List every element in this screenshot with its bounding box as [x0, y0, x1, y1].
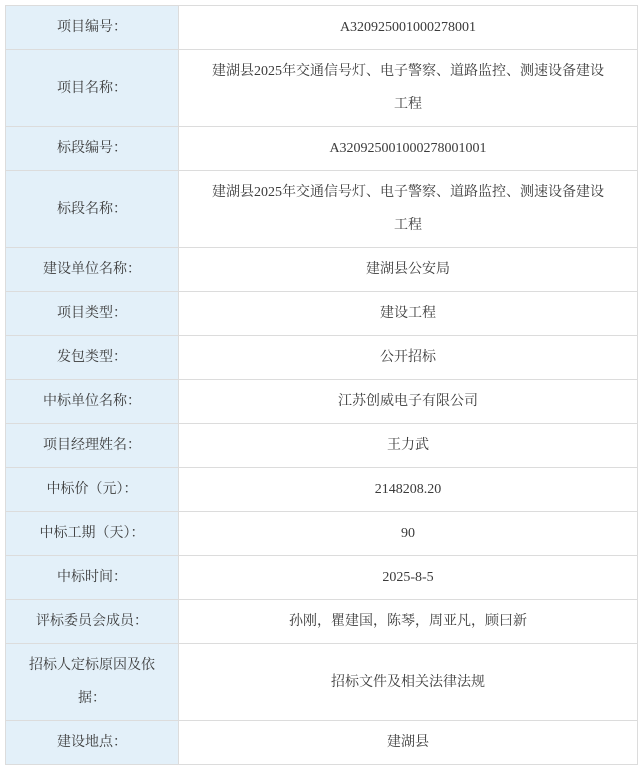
row-project-type: 项目类型： 建设工程: [6, 292, 638, 336]
row-construction-location-value: 建湖县: [179, 721, 638, 765]
row-project-type-value: 建设工程: [179, 292, 638, 336]
row-project-number-label: 项目编号：: [6, 6, 179, 50]
row-section-name-label: 标段名称：: [6, 171, 179, 248]
bid-result-page: 项目编号： A320925001000278001 项目名称： 建湖县2025年…: [0, 0, 644, 766]
row-section-number-value: A320925001000278001001: [179, 127, 638, 171]
row-bid-date-value: 2025-8-5: [179, 556, 638, 600]
row-project-number-value: A320925001000278001: [179, 6, 638, 50]
row-bid-duration-label: 中标工期（天）：: [6, 512, 179, 556]
row-project-name: 项目名称： 建湖县2025年交通信号灯、电子警察、道路监控、测速设备建设工程: [6, 50, 638, 127]
row-award-reason: 招标人定标原因及依据： 招标文件及相关法律法规: [6, 644, 638, 721]
row-winner-name: 中标单位名称： 江苏创威电子有限公司: [6, 380, 638, 424]
row-owner-name: 建设单位名称： 建湖县公安局: [6, 248, 638, 292]
row-project-type-label: 项目类型：: [6, 292, 179, 336]
row-owner-name-value: 建湖县公安局: [179, 248, 638, 292]
row-section-name: 标段名称： 建湖县2025年交通信号灯、电子警察、道路监控、测速设备建设工程: [6, 171, 638, 248]
row-construction-location: 建设地点： 建湖县: [6, 721, 638, 765]
row-bid-price: 中标价（元）： 2148208.20: [6, 468, 638, 512]
row-manager-name: 项目经理姓名： 王力武: [6, 424, 638, 468]
row-construction-location-label: 建设地点：: [6, 721, 179, 765]
row-award-reason-label: 招标人定标原因及依据：: [6, 644, 179, 721]
row-manager-name-value: 王力武: [179, 424, 638, 468]
row-evaluation-committee-value: 孙刚，瞿建国，陈琴，周亚凡，顾曰新: [179, 600, 638, 644]
row-award-reason-value: 招标文件及相关法律法规: [179, 644, 638, 721]
row-winner-name-value: 江苏创威电子有限公司: [179, 380, 638, 424]
row-project-name-label: 项目名称：: [6, 50, 179, 127]
row-bid-price-label: 中标价（元）：: [6, 468, 179, 512]
row-tender-type-value: 公开招标: [179, 336, 638, 380]
row-tender-type: 发包类型： 公开招标: [6, 336, 638, 380]
row-section-name-value: 建湖县2025年交通信号灯、电子警察、道路监控、测速设备建设工程: [179, 171, 638, 248]
row-bid-duration: 中标工期（天）： 90: [6, 512, 638, 556]
row-section-number-label: 标段编号：: [6, 127, 179, 171]
row-evaluation-committee: 评标委员会成员： 孙刚，瞿建国，陈琴，周亚凡，顾曰新: [6, 600, 638, 644]
row-tender-type-label: 发包类型：: [6, 336, 179, 380]
row-bid-price-value: 2148208.20: [179, 468, 638, 512]
row-bid-date: 中标时间： 2025-8-5: [6, 556, 638, 600]
row-bid-date-label: 中标时间：: [6, 556, 179, 600]
project-info-table: 项目编号： A320925001000278001 项目名称： 建湖县2025年…: [5, 5, 638, 765]
row-evaluation-committee-label: 评标委员会成员：: [6, 600, 179, 644]
row-project-number: 项目编号： A320925001000278001: [6, 6, 638, 50]
row-manager-name-label: 项目经理姓名：: [6, 424, 179, 468]
row-winner-name-label: 中标单位名称：: [6, 380, 179, 424]
row-section-number: 标段编号： A320925001000278001001: [6, 127, 638, 171]
row-bid-duration-value: 90: [179, 512, 638, 556]
row-project-name-value: 建湖县2025年交通信号灯、电子警察、道路监控、测速设备建设工程: [179, 50, 638, 127]
row-owner-name-label: 建设单位名称：: [6, 248, 179, 292]
